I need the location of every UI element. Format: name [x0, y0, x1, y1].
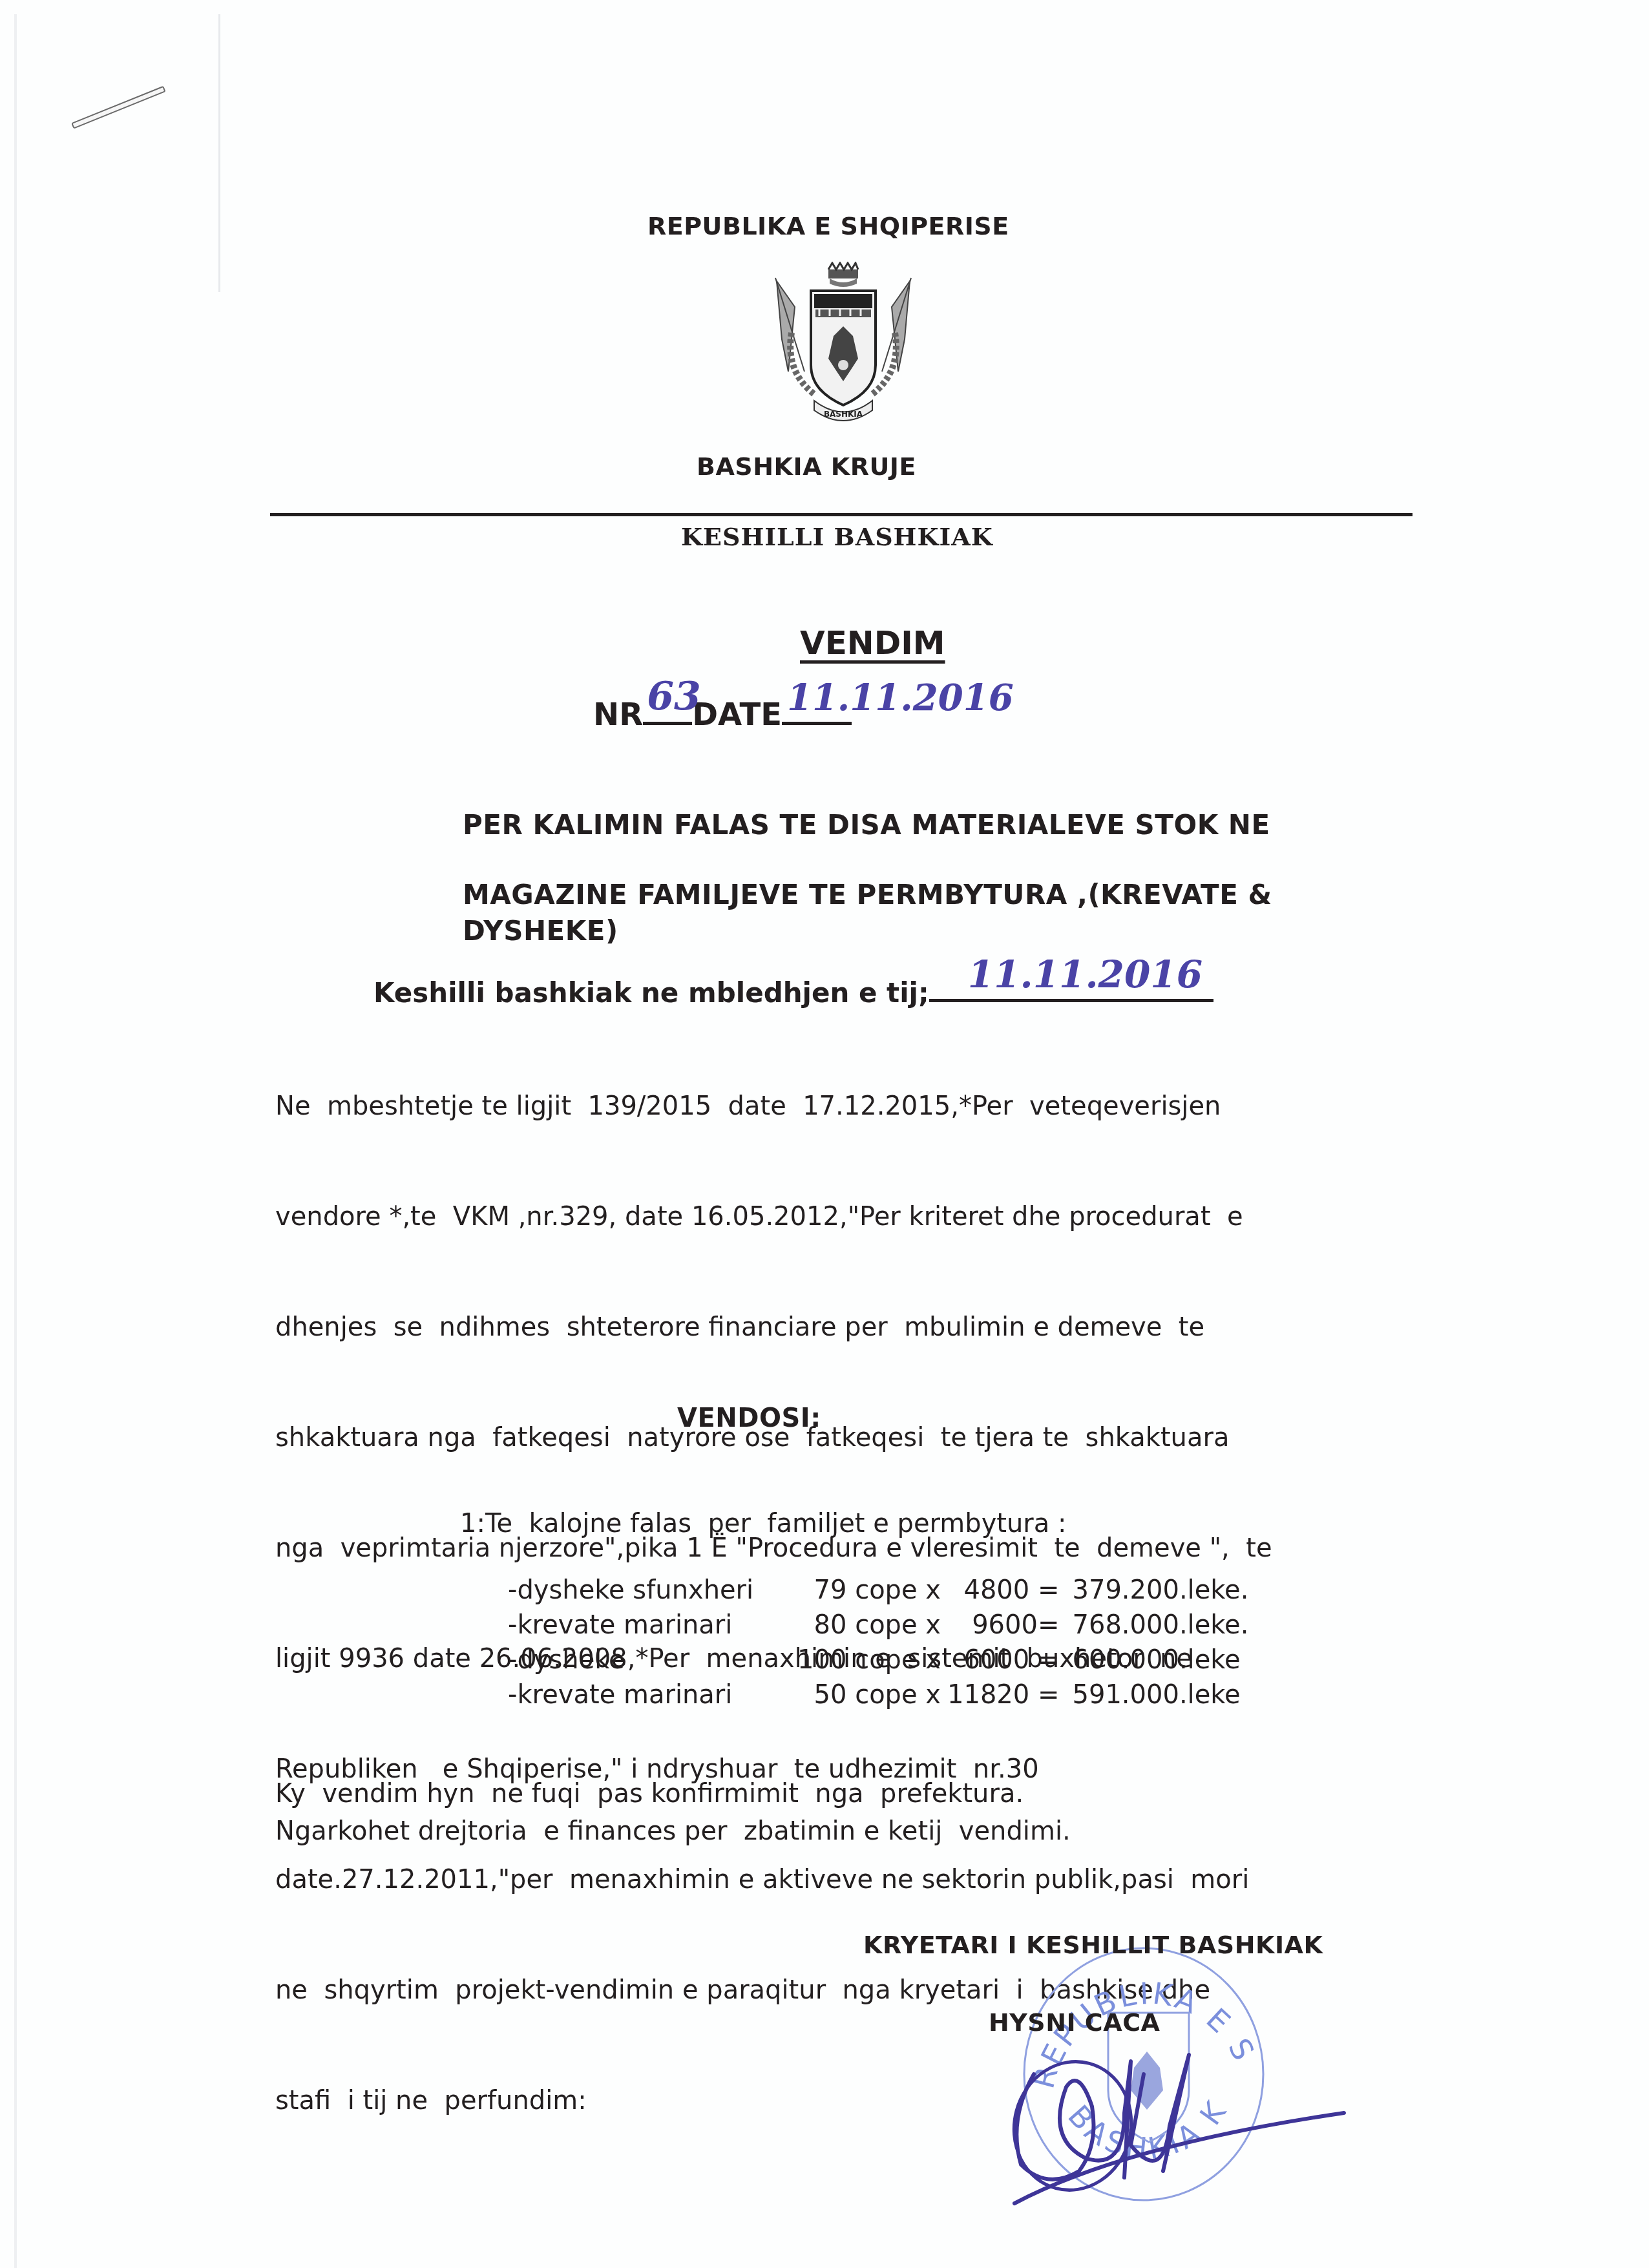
item-qty: 80 cope x: [779, 1608, 947, 1643]
decision-heading: VENDIM: [800, 624, 945, 662]
nr-label: NR: [593, 697, 643, 733]
meeting-date-handwritten: 11.11.2016: [968, 952, 1203, 996]
item-unit-price: 11820 =: [947, 1677, 1072, 1712]
scan-edge-inner: [218, 14, 220, 292]
item-qty: 50 cope x: [779, 1677, 947, 1712]
date-field: 11.11.2016: [782, 722, 852, 725]
item-qty: 79 cope x: [779, 1573, 947, 1608]
subject-line-2: MAGAZINE FAMILJEVE TE PERMBYTURA ,(KREVA…: [463, 879, 1272, 910]
preamble-line: dhenjes se ndihmes shteterore financiare…: [275, 1309, 1272, 1346]
item-name: -dysheke sfunxheri: [508, 1573, 779, 1608]
header-divider: [270, 513, 1413, 516]
item-name: -krevate marinari: [508, 1677, 779, 1712]
subject-line-3: DYSHEKE): [463, 915, 618, 947]
item-name: -krevate marinari: [508, 1608, 779, 1643]
staple-mark: [71, 86, 166, 129]
country-heading: REPUBLIKA E SHQIPERISE: [647, 212, 1009, 240]
scan-edge: [14, 14, 17, 2268]
closing-line-1: Ky vendim hyn ne fuqi pas konfirmimit ng…: [275, 1776, 1024, 1812]
decision-number-line: NR63DATE11.11.2016: [593, 697, 852, 733]
items-table: -dysheke sfunxheri 79 cope x 4800 = 379.…: [508, 1573, 1248, 1712]
signatory-title: KRYETARI I KESHILLIT BASHKIAK: [863, 1931, 1323, 1959]
council-heading: KESHILLI BASHKIAK: [681, 522, 993, 551]
item-unit-price: 6000 =: [947, 1643, 1072, 1677]
handwritten-signature-icon: [995, 2016, 1357, 2216]
municipality-heading: BASHKIA KRUJE: [697, 452, 916, 481]
resolution-heading: VENDOSI:: [677, 1403, 821, 1433]
preamble-line: Ne mbeshtetje te ligjit 139/2015 date 17…: [275, 1088, 1272, 1125]
meeting-label: Keshilli bashkiak ne mbledhjen e tij;: [373, 977, 929, 1009]
resolution-point-1: 1:Te kalojne falas per familjet e permby…: [460, 1506, 1067, 1542]
item-qty: 100 cope x: [779, 1643, 947, 1677]
date-handwritten: 11.11.2016: [787, 677, 1014, 719]
nr-field: 63: [643, 722, 692, 725]
item-total: 379.200.leke.: [1072, 1573, 1248, 1608]
table-row: -krevate marinari 50 cope x 11820 = 591.…: [508, 1677, 1248, 1712]
subject-line-1: PER KALIMIN FALAS TE DISA MATERIALEVE ST…: [463, 809, 1270, 841]
table-row: -dysheke sfunxheri 79 cope x 4800 = 379.…: [508, 1573, 1248, 1608]
date-label: DATE: [692, 697, 782, 733]
item-unit-price: 9600=: [947, 1608, 1072, 1643]
item-name: -dysheke: [508, 1643, 779, 1677]
item-unit-price: 4800 =: [947, 1573, 1072, 1608]
preamble-line: date.27.12.2011,"per menaxhimin e aktive…: [275, 1862, 1272, 1898]
item-total: 600.000.leke: [1072, 1643, 1248, 1677]
preamble-line: vendore *,te VKM ,nr.329, date 16.05.201…: [275, 1199, 1272, 1235]
svg-text:BASHKIA: BASHKIA: [824, 410, 863, 419]
meeting-date-field: 11.11.2016: [929, 999, 1213, 1002]
nr-handwritten: 63: [647, 674, 701, 719]
table-row: -dysheke 100 cope x 6000 = 600.000.leke: [508, 1643, 1248, 1677]
item-total: 768.000.leke.: [1072, 1608, 1248, 1643]
closing-line-2: Ngarkohet drejtoria e finances per zbati…: [275, 1813, 1071, 1850]
municipal-coat-of-arms-icon: BASHKIA: [769, 262, 918, 430]
item-total: 591.000.leke: [1072, 1677, 1248, 1712]
table-row: -krevate marinari 80 cope x 9600= 768.00…: [508, 1608, 1248, 1643]
meeting-line: Keshilli bashkiak ne mbledhjen e tij;11.…: [373, 977, 1213, 1009]
